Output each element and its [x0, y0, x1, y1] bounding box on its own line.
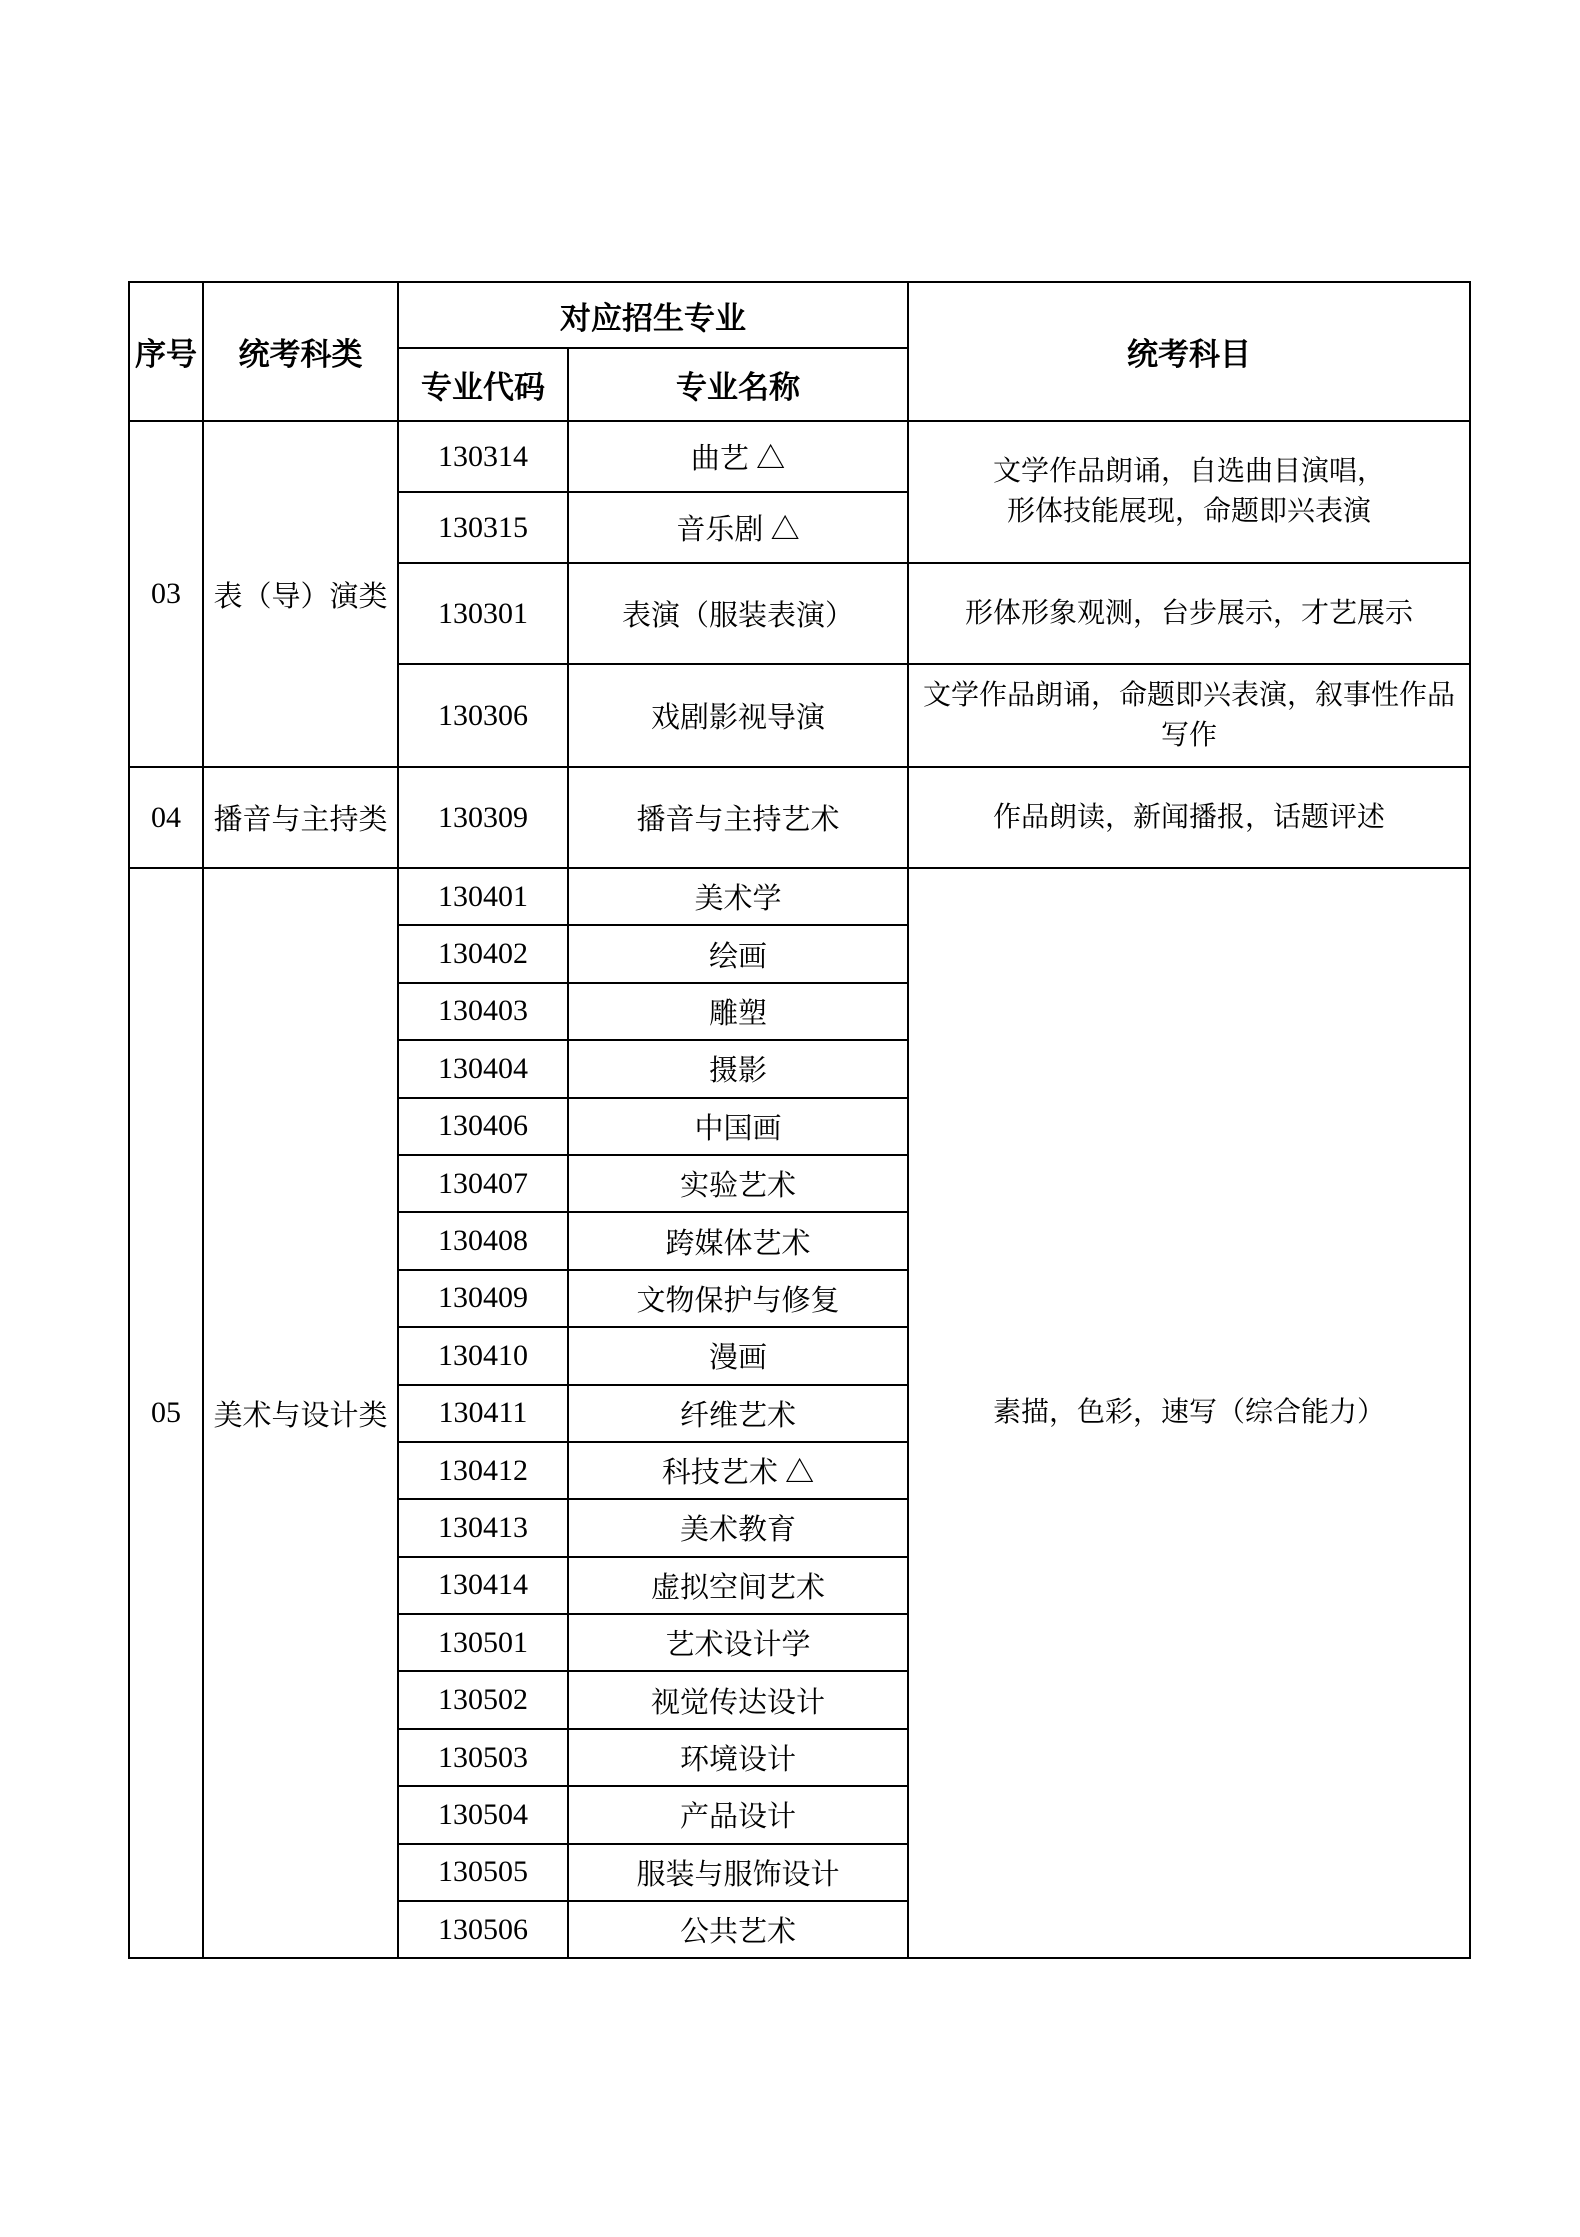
- header-row-1: 序号 统考科类 对应招生专业 统考科目: [129, 282, 1470, 348]
- major-code-cell: 130504: [398, 1786, 568, 1843]
- major-code-cell: 130314: [398, 421, 568, 492]
- major-code-cell: 130306: [398, 664, 568, 767]
- major-name-cell: 播音与主持艺术: [568, 767, 908, 868]
- exam-category-table: 序号 统考科类 对应招生专业 统考科目 专业代码 专业名称 03 表（导）演类 …: [128, 281, 1471, 1959]
- major-name-cell: 虚拟空间艺术: [568, 1557, 908, 1614]
- major-name-cell: 雕塑: [568, 983, 908, 1040]
- major-name-cell: 戏剧影视导演: [568, 664, 908, 767]
- major-name-cell: 产品设计: [568, 1786, 908, 1843]
- major-code-cell: 130410: [398, 1327, 568, 1384]
- major-name-cell: 绘画: [568, 925, 908, 982]
- major-code-cell: 130409: [398, 1270, 568, 1327]
- serial-cell: 04: [129, 767, 203, 868]
- serial-cell: 03: [129, 421, 203, 767]
- major-code-cell: 130408: [398, 1212, 568, 1269]
- header-subjects: 统考科目: [908, 282, 1470, 421]
- major-code-cell: 130301: [398, 563, 568, 664]
- major-name-cell: 公共艺术: [568, 1901, 908, 1958]
- major-code-cell: 130403: [398, 983, 568, 1040]
- major-code-cell: 130503: [398, 1729, 568, 1786]
- major-code-cell: 130404: [398, 1040, 568, 1097]
- category-cell: 表（导）演类: [203, 421, 398, 767]
- major-code-cell: 130411: [398, 1385, 568, 1442]
- table-header: 序号 统考科类 对应招生专业 统考科目 专业代码 专业名称: [129, 282, 1470, 421]
- major-name-cell: 中国画: [568, 1098, 908, 1155]
- major-code-cell: 130412: [398, 1442, 568, 1499]
- major-code-cell: 130506: [398, 1901, 568, 1958]
- header-major-group: 对应招生专业: [398, 282, 908, 348]
- major-code-cell: 130502: [398, 1671, 568, 1728]
- major-code-cell: 130401: [398, 868, 568, 925]
- table-row: 04 播音与主持类 130309 播音与主持艺术 作品朗读，新闻播报，话题评述: [129, 767, 1470, 868]
- major-code-cell: 130501: [398, 1614, 568, 1671]
- header-category: 统考科类: [203, 282, 398, 421]
- subjects-cell: 文学作品朗诵，自选曲目演唱， 形体技能展现，命题即兴表演: [908, 421, 1470, 563]
- major-name-cell: 美术教育: [568, 1499, 908, 1556]
- major-name-cell: 文物保护与修复: [568, 1270, 908, 1327]
- major-code-cell: 130406: [398, 1098, 568, 1155]
- major-name-cell: 漫画: [568, 1327, 908, 1384]
- major-code-cell: 130402: [398, 925, 568, 982]
- major-code-cell: 130413: [398, 1499, 568, 1556]
- major-name-cell: 曲艺 △: [568, 421, 908, 492]
- serial-cell: 05: [129, 868, 203, 1958]
- header-major-code: 专业代码: [398, 348, 568, 421]
- major-name-cell: 艺术设计学: [568, 1614, 908, 1671]
- major-code-cell: 130309: [398, 767, 568, 868]
- major-name-cell: 跨媒体艺术: [568, 1212, 908, 1269]
- header-serial: 序号: [129, 282, 203, 421]
- major-name-cell: 视觉传达设计: [568, 1671, 908, 1728]
- table-body: 03 表（导）演类 130314 曲艺 △ 文学作品朗诵，自选曲目演唱， 形体技…: [129, 421, 1470, 1958]
- major-name-cell: 服装与服饰设计: [568, 1844, 908, 1901]
- major-code-cell: 130414: [398, 1557, 568, 1614]
- category-cell: 美术与设计类: [203, 868, 398, 1958]
- table-row: 03 表（导）演类 130314 曲艺 △ 文学作品朗诵，自选曲目演唱， 形体技…: [129, 421, 1470, 492]
- major-name-cell: 音乐剧 △: [568, 492, 908, 563]
- major-name-cell: 美术学: [568, 868, 908, 925]
- major-name-cell: 摄影: [568, 1040, 908, 1097]
- major-name-cell: 表演（服装表演）: [568, 563, 908, 664]
- category-cell: 播音与主持类: [203, 767, 398, 868]
- header-major-name: 专业名称: [568, 348, 908, 421]
- subjects-cell: 文学作品朗诵，命题即兴表演，叙事性作品 写作: [908, 664, 1470, 767]
- subjects-cell: 素描，色彩，速写（综合能力）: [908, 868, 1470, 1958]
- major-code-cell: 130505: [398, 1844, 568, 1901]
- major-name-cell: 实验艺术: [568, 1155, 908, 1212]
- document-page: 序号 统考科类 对应招生专业 统考科目 专业代码 专业名称 03 表（导）演类 …: [0, 0, 1580, 2237]
- major-code-cell: 130407: [398, 1155, 568, 1212]
- major-name-cell: 环境设计: [568, 1729, 908, 1786]
- major-code-cell: 130315: [398, 492, 568, 563]
- subjects-cell: 作品朗读，新闻播报，话题评述: [908, 767, 1470, 868]
- subjects-cell: 形体形象观测，台步展示，才艺展示: [908, 563, 1470, 664]
- table-row: 05 美术与设计类 130401 美术学 素描，色彩，速写（综合能力）: [129, 868, 1470, 925]
- major-name-cell: 科技艺术 △: [568, 1442, 908, 1499]
- major-name-cell: 纤维艺术: [568, 1385, 908, 1442]
